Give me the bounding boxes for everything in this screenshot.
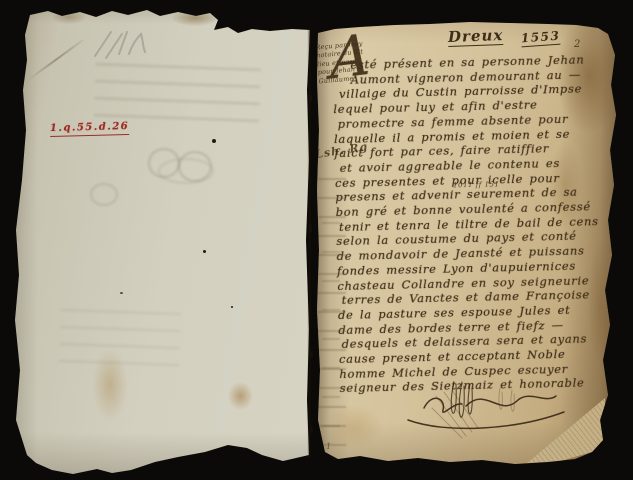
ink-speck bbox=[231, 306, 233, 308]
stain bbox=[52, 10, 86, 24]
header-place: Dreux bbox=[448, 26, 504, 47]
stain bbox=[172, 10, 218, 26]
manuscript-scan: 1.q.55.d.26 Dreux 1553 2 Reçu par moy no… bbox=[0, 0, 633, 480]
show-through-marks bbox=[94, 52, 261, 128]
ink-speck bbox=[120, 292, 123, 294]
signature-flourish bbox=[396, 378, 578, 440]
bottom-folio-mark: 1 bbox=[326, 442, 331, 451]
manuscript-text-block: esté présent en sa personne Jehan Aumont… bbox=[332, 52, 610, 396]
ink-speck bbox=[212, 139, 216, 143]
show-through-marks bbox=[322, 205, 340, 435]
stain bbox=[92, 348, 128, 422]
stain bbox=[228, 382, 253, 410]
impression-mark bbox=[90, 183, 118, 206]
binding-stitch bbox=[309, 224, 312, 233]
binding-stitch bbox=[309, 94, 312, 102]
ink-speck bbox=[203, 250, 206, 253]
header-year: 1553 bbox=[520, 29, 560, 48]
interlinear-insertion: 1011 ff 151 bbox=[453, 180, 499, 189]
impression-mark bbox=[158, 158, 214, 184]
folio-number: 2 bbox=[574, 39, 580, 51]
binding-stitch bbox=[310, 350, 313, 358]
archival-number-red: 1.q.55.d.26 bbox=[50, 120, 130, 137]
binding-gutter bbox=[308, 28, 312, 458]
binding-stitch bbox=[310, 426, 313, 433]
